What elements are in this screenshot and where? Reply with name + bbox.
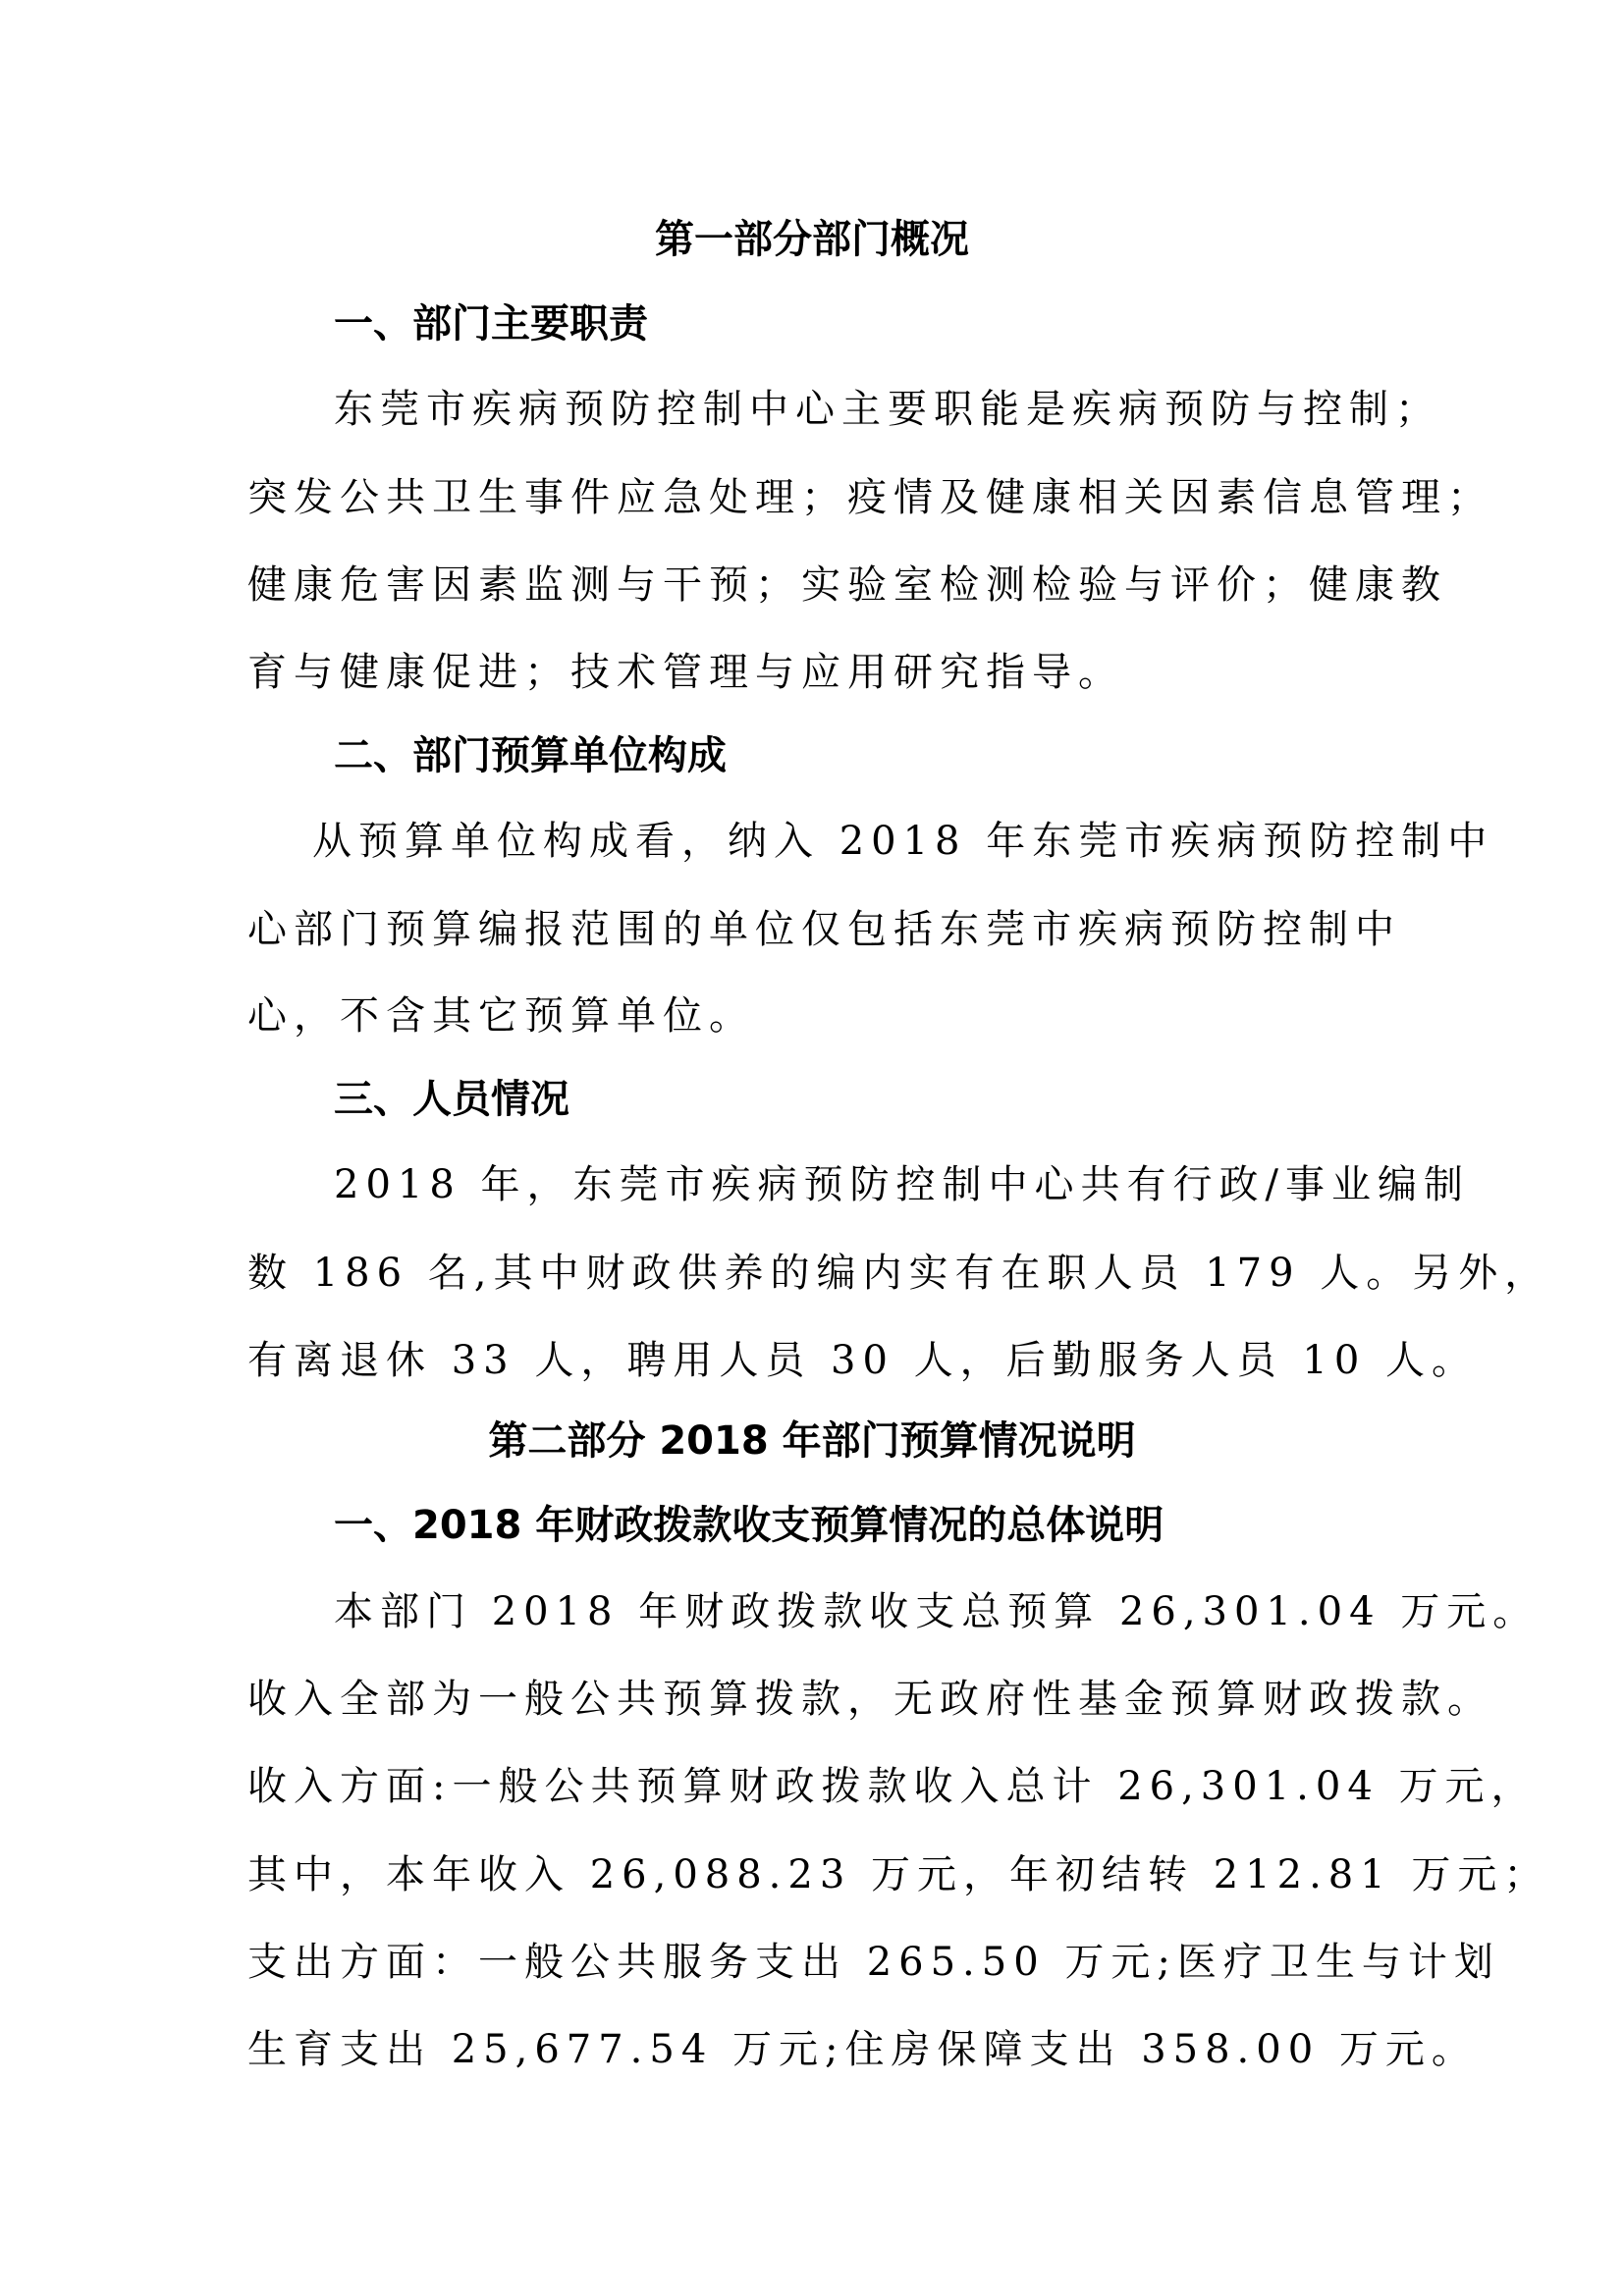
paragraph-line: 本部门 2018 年财政拨款收支总预算 26,301.04 万元。 <box>334 1592 1377 1631</box>
paragraph-line: 数 186 名,其中财政供养的编内实有在职人员 179 人。另外， <box>247 1254 1377 1293</box>
paragraph-line: 育与健康促进；技术管理与应用研究指导。 <box>247 653 1377 692</box>
paragraph-line: 东莞市疾病预防控制中心主要职能是疾病预防与控制； <box>334 390 1377 429</box>
paragraph-line: 支出方面：一般公共服务支出 265.50 万元;医疗卫生与计划 <box>247 1943 1377 1982</box>
paragraph-line: 其中，本年收入 26,088.23 万元，年初结转 212.81 万元； <box>247 1855 1377 1895</box>
section-heading-personnel: 三、人员情况 <box>334 1080 569 1119</box>
section-heading-responsibilities: 一、部门主要职责 <box>334 304 648 344</box>
paragraph-line: 突发公共卫生事件应急处理；疫情及健康相关因素信息管理； <box>247 478 1377 517</box>
paragraph-line: 从预算单位构成看，纳入 2018 年东莞市疾病预防控制中 <box>312 822 1377 861</box>
paragraph-line: 有离退休 33 人，聘用人员 30 人，后勤服务人员 10 人。 <box>247 1341 1377 1380</box>
part1-title: 第一部分部门概况 <box>0 220 1624 259</box>
section-heading-budget-units: 二、部门预算单位构成 <box>334 736 727 775</box>
paragraph-line: 生育支出 25,677.54 万元;住房保障支出 358.00 万元。 <box>247 2030 1377 2069</box>
section-heading-overall-budget: 一、2018 年财政拨款收支预算情况的总体说明 <box>334 1506 1164 1545</box>
paragraph-line: 心，不含其它预算单位。 <box>247 996 1377 1036</box>
paragraph-line: 健康危害因素监测与干预；实验室检测检验与评价；健康教 <box>247 565 1377 605</box>
paragraph-line: 2018 年，东莞市疾病预防控制中心共有行政/事业编制 <box>334 1165 1377 1204</box>
paragraph-line: 心部门预算编报范围的单位仅包括东莞市疾病预防控制中 <box>247 910 1377 949</box>
part2-title: 第二部分 2018 年部门预算情况说明 <box>0 1421 1624 1461</box>
paragraph-line: 收入方面:一般公共预算财政拨款收入总计 26,301.04 万元， <box>247 1767 1377 1806</box>
paragraph-line: 收入全部为一般公共预算拨款，无政府性基金预算财政拨款。 <box>247 1680 1377 1719</box>
